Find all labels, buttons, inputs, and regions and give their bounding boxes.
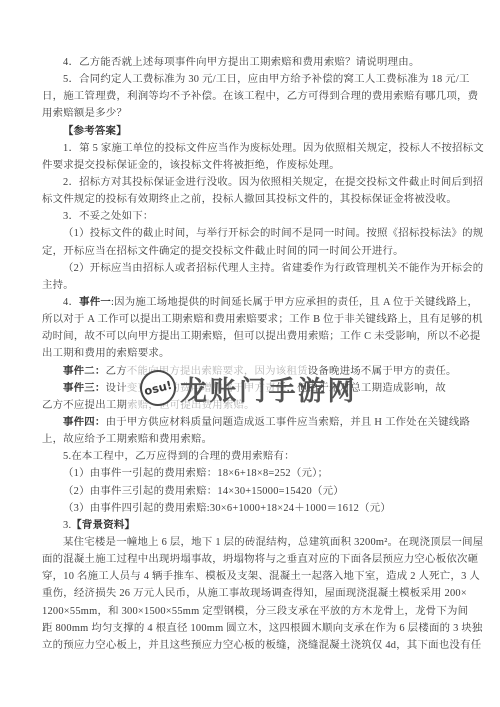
text-segment: 1200×55mm，和 300×1500×55mm 定型钢模，分三段支承在平放的… bbox=[42, 606, 468, 617]
text-line: 所以对于 A 工作可以提出工期索赔和费用索赔要求；工作 B 位于非关键线路上，且… bbox=[42, 311, 466, 328]
text-line: 距 800mm 均匀支撑的 4 根直径 100mm 圆立木，这四根圆木顺向支承在… bbox=[42, 620, 466, 637]
text-segment: 设备晚进场不属于甲方的责任。 bbox=[308, 366, 457, 377]
text-segment: 5．合同约定人工费标准为 30 元/工日，应由甲方给予补偿的窝工人工费标准为 1… bbox=[63, 74, 470, 85]
text-line: 重伤，经济损失 26 万元人民币，从施工事故现场调查得知，屋面现浇混凝土模板采用… bbox=[42, 585, 466, 602]
text-line: 日，施工管理费，利润等均不予补偿。在该工程中，乙方可得到合理的费用索赔有哪几项，… bbox=[42, 88, 466, 105]
text-line: （2）开标应当由招标人或者招标代理人主持。省建委作为行政管理机关不能作为开标会的 bbox=[42, 260, 466, 277]
text-segment: 3．不妥之处如下： bbox=[63, 211, 154, 222]
text-segment: 事件一 bbox=[79, 297, 111, 308]
text-line: 标文件规定的投标有效期终止之前，投标人撤回其投标文件的，其投标保证金将被没收。 bbox=[42, 191, 466, 208]
text-segment: 4．乙方能否就上述每项事件向甲方提出工期索赔和费用索赔？请说明理由。 bbox=[63, 57, 420, 68]
faded-text-segment: 不能向甲方提出索赔要求，因为该租赁 bbox=[127, 366, 308, 377]
text-segment: 出工期和费用的索赔要求。 bbox=[42, 348, 170, 359]
text-line: 4．事件一:因为施工场地提供的时间延长属于甲方应承担的责任，且 A 位于关键线路… bbox=[42, 294, 466, 311]
text-line: 出工期和费用的索赔要求。 bbox=[42, 345, 466, 362]
text-line: 动时间，故不可以向甲方提出工期索赔，但可以提出费用索赔；工作 C 未受影响，所以… bbox=[42, 328, 466, 345]
text-line: 5．合同约定人工费标准为 30 元/工日，应由甲方给予补偿的窝工人工费标准为 1… bbox=[42, 71, 466, 88]
text-segment: 事件二： bbox=[63, 366, 106, 377]
text-segment: 乙方 bbox=[106, 366, 127, 377]
text-line: 乙方不应提出工期索赔，但可提出费用索赔。 bbox=[42, 397, 466, 414]
text-segment: 所以对于 A 工作可以提出工期索赔和费用索赔要求；工作 B 位于非关键线路上，且… bbox=[42, 314, 483, 325]
text-segment: 【背景资料】 bbox=[71, 520, 135, 531]
text-segment: 2．招标方对其投标保证金进行没收。因为依照相关规定，在提交投标文件截止时间后到招 bbox=[63, 177, 483, 188]
text-segment: 主持。 bbox=[42, 280, 74, 291]
text-segment: 立的预应力空心板上，并且这些预应力空心板的板缝，浇缝混凝土浇筑仅 4d，其下面也… bbox=[42, 640, 481, 651]
text-segment: 5.在本工程中，乙万应得到的合理的费用索赔有： bbox=[63, 451, 295, 462]
text-line: 用索赔额是多少？ bbox=[42, 105, 466, 122]
text-segment: 距 800mm 均匀支撑的 4 根直径 100mm 圆立木，这四根圆木顺向支承在… bbox=[42, 623, 483, 634]
text-line: 1200×55mm，和 300×1500×55mm 定型钢模，分三段支承在平放的… bbox=[42, 603, 466, 620]
text-segment: （3）由事件四引起的费用索赔:30×6+1000+18×24＋1000＝1612… bbox=[63, 503, 391, 514]
text-line: 穿，10 名施工人员与 4 辆手推车、模板及支架、混凝土一起落入地下室，造成 2… bbox=[42, 568, 466, 585]
text-segment: 4． bbox=[63, 297, 79, 308]
document-page: 4．乙方能否就上述每项事件向甲方提出工期索赔和费用索赔？请说明理由。5．合同约定… bbox=[42, 54, 466, 654]
text-segment: 上，故应给予工期索赔和费用索赔。 bbox=[42, 434, 212, 445]
text-line: 件要求提交投标保证金的，该投标文件将被拒绝，作废标处理。 bbox=[42, 157, 466, 174]
text-segment: 【参考答案】 bbox=[63, 126, 127, 137]
text-segment: 设计 bbox=[106, 383, 127, 394]
text-line: 上，故应给予工期索赔和费用索赔。 bbox=[42, 431, 466, 448]
text-segment: （1）由事件一引起的费用索赔：18×6+18×8=252（元）； bbox=[63, 468, 328, 479]
text-segment: 面的混凝土施工过程中出现坍塌事故，坍塌物将与之垂直对应的下面各层预应力空心板依次… bbox=[42, 554, 478, 565]
text-segment: 事件四： bbox=[63, 417, 106, 428]
text-line: 事件三：设计变更造成的费用增加属于甲方责任，但由于未对总工期造成影响，故 bbox=[42, 380, 466, 397]
text-segment: 标文件规定的投标有效期终止之前，投标人撤回其投标文件的，其投标保证金将被没收。 bbox=[42, 194, 457, 205]
text-line: 1．第 5 家施工单位的投标文件应当作为废标处理。因为依照相关规定，投标人不按招… bbox=[42, 140, 466, 157]
text-line: 5.在本工程中，乙万应得到的合理的费用索赔有： bbox=[42, 448, 466, 465]
text-line: （1）投标文件的截止时间，与举行开标会的时间不是同一时间。按照《招标投标法》的规 bbox=[42, 225, 466, 242]
text-line: 3．不妥之处如下： bbox=[42, 208, 466, 225]
text-line: 事件二：乙方不能向甲方提出索赔要求，因为该租赁设备晚进场不属于甲方的责任。 bbox=[42, 363, 466, 380]
text-line: 主持。 bbox=[42, 277, 466, 294]
text-segment: 事件三： bbox=[63, 383, 106, 394]
text-segment: 1．第 5 家施工单位的投标文件应当作为废标处理。因为依照相关规定，投标人不按招… bbox=[63, 143, 484, 154]
text-segment: :因为施工场地提供的时间延长属于甲方应承担的责任，且 A 位于关键线路上， bbox=[111, 297, 478, 308]
text-segment: 乙方不应提出工期 bbox=[42, 400, 127, 411]
faded-text-segment: 变更造成的费用增加属于甲方责 bbox=[127, 383, 276, 394]
text-line: （3）由事件四引起的费用索赔:30×6+1000+18×24＋1000＝1612… bbox=[42, 500, 466, 517]
faded-text-segment: 索赔，但可提出费用索赔。 bbox=[127, 400, 255, 411]
text-line: （2）由事件三引起的费用索赔：14×30+15000=15420（元） bbox=[42, 483, 466, 500]
text-segment: 重伤，经济损失 26 万元人民币，从施工事故现场调查得知，屋面现浇混凝土模板采用… bbox=[42, 588, 467, 599]
text-line: 某住宅楼是一幢地上 6 层，地下 1 层的砖混结构，总建筑面积 3200m²。在… bbox=[42, 534, 466, 551]
text-line: 事件四：由于甲方供应材料质量问题造成返工事件应当索赔，并且 H 工作处在关键线路 bbox=[42, 414, 466, 431]
text-line: 2．招标方对其投标保证金进行没收。因为依照相关规定，在提交投标文件截止时间后到招 bbox=[42, 174, 466, 191]
text-line: 4．乙方能否就上述每项事件向甲方提出工期索赔和费用索赔？请说明理由。 bbox=[42, 54, 466, 71]
text-segment: （2）开标应当由招标人或者招标代理人主持。省建委作为行政管理机关不能作为开标会的 bbox=[63, 263, 483, 274]
text-line: 面的混凝土施工过程中出现坍塌事故，坍塌物将与之垂直对应的下面各层预应力空心板依次… bbox=[42, 551, 466, 568]
text-segment: 由于甲方供应材料质量问题造成返工事件应当索赔，并且 H 工作处在关键线路 bbox=[106, 417, 471, 428]
text-line: 定，开标应当在招标文件确定的提交投标文件截止时间的同一时间公开进行。 bbox=[42, 243, 466, 260]
text-segment: 任，但由于未对总工期造成影响，故 bbox=[276, 383, 446, 394]
text-line: （1）由事件一引起的费用索赔：18×6+18×8=252（元）； bbox=[42, 465, 466, 482]
text-segment: 动时间，故不可以向甲方提出工期索赔，但可以提出费用索赔；工作 C 未受影响，所以… bbox=[42, 331, 481, 342]
text-segment: 定，开标应当在招标文件确定的提交投标文件截止时间的同一时间公开进行。 bbox=[42, 246, 404, 257]
text-line: 3.【背景资料】 bbox=[42, 517, 466, 534]
text-segment: （2）由事件三引起的费用索赔：14×30+15000=15420（元） bbox=[63, 486, 344, 497]
text-segment: 某住宅楼是一幢地上 6 层，地下 1 层的砖混结构，总建筑面积 3200m²。在… bbox=[63, 537, 483, 548]
text-segment: 穿，10 名施工人员与 4 辆手推车、模板及支架、混凝土一起落入地下室，造成 2… bbox=[42, 571, 480, 582]
text-segment: （1）投标文件的截止时间，与举行开标会的时间不是同一时间。按照《招标投标法》的规 bbox=[63, 228, 483, 239]
text-segment: 用索赔额是多少？ bbox=[42, 108, 127, 119]
text-line: 立的预应力空心板上，并且这些预应力空心板的板缝，浇缝混凝土浇筑仅 4d，其下面也… bbox=[42, 637, 466, 654]
text-segment: 日，施工管理费，利润等均不予补偿。在该工程中，乙方可得到合理的费用索赔有哪几项，… bbox=[42, 91, 478, 102]
text-segment: 件要求提交投标保证金的，该投标文件将被拒绝，作废标处理。 bbox=[42, 160, 340, 171]
text-line: 【参考答案】 bbox=[42, 123, 466, 140]
